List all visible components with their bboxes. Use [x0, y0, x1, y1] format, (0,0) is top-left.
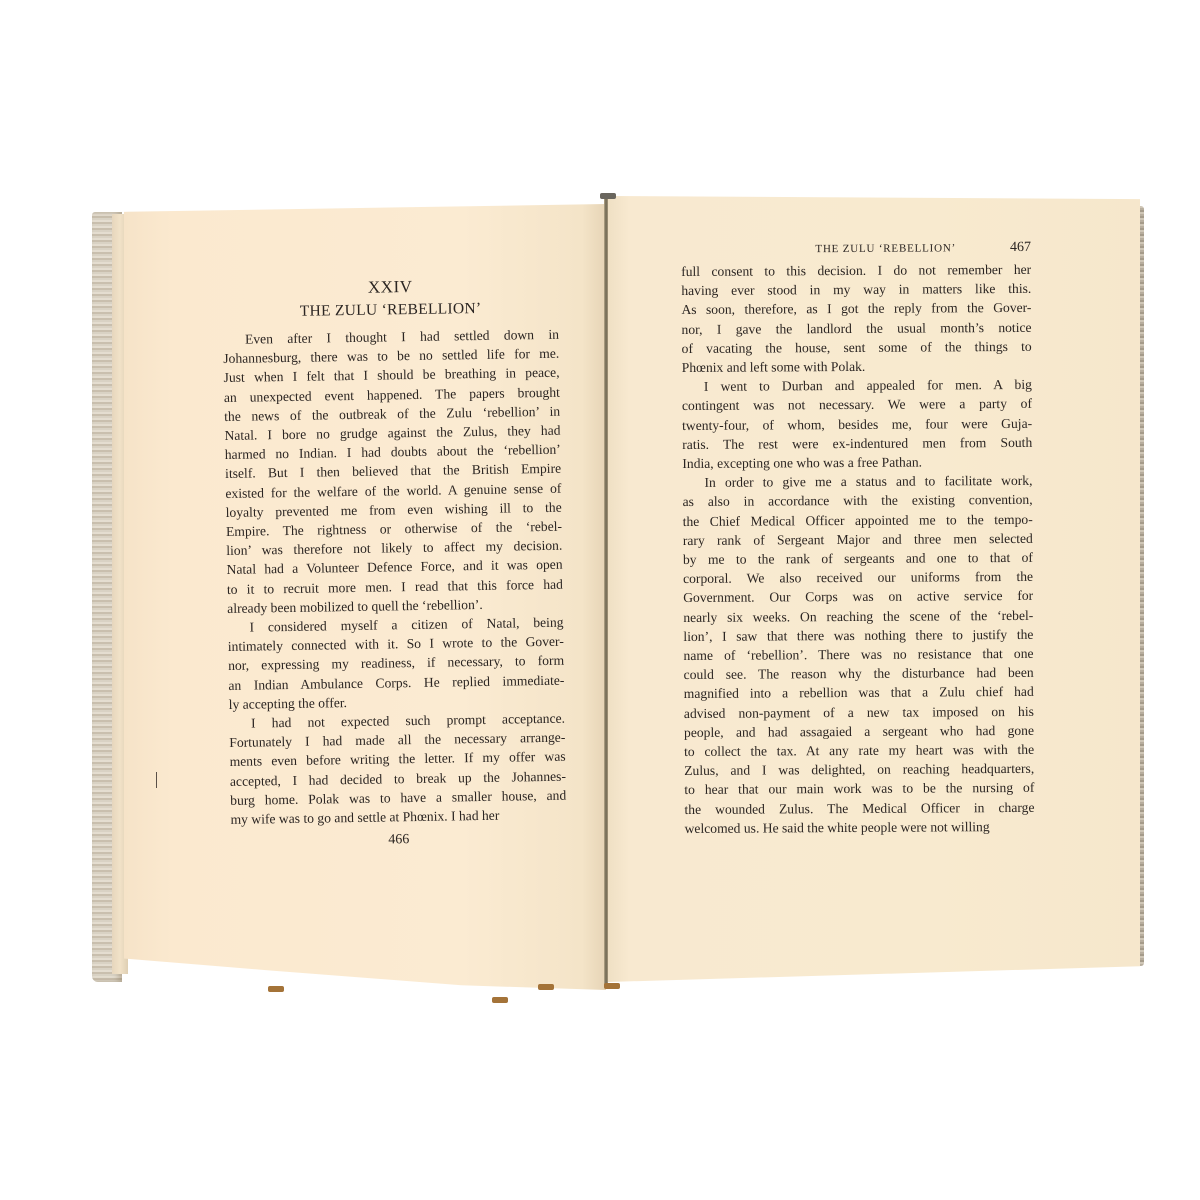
right-body: full consent to this decision. I do not …: [681, 260, 1035, 838]
text-line: As soon, therefore, as I got the reply f…: [681, 298, 1031, 319]
page-number-right: 467: [1010, 240, 1031, 256]
text-line: advised non-payment of a new tax imposed…: [684, 702, 1034, 723]
running-head: THE ZULU ‘REBELLION’ 467: [681, 240, 1031, 258]
text-line: rary rank of Sergeant Major and three me…: [683, 529, 1033, 550]
text-line: I went to Durban and appealed for men. A…: [682, 375, 1032, 396]
text-line: ratis. The rest were ex-indentured men f…: [682, 433, 1032, 454]
text-line: Phœnix and left some with Polak.: [682, 356, 1032, 377]
left-body: Even after I thought I had settled down …: [223, 325, 567, 829]
text-line: having ever stood in my way in matters l…: [681, 279, 1031, 300]
paragraph: I considered myself a citizen of Natal, …: [227, 613, 564, 714]
open-book: XXIV THE ZULU ‘REBELLION’ Even after I t…: [0, 0, 1200, 1200]
paragraph: I had not expected such prompt acceptanc…: [229, 709, 567, 829]
corner-tab: [538, 984, 554, 990]
text-line: could see. The reason why the disturbanc…: [684, 663, 1034, 684]
spine-headband: [600, 193, 616, 199]
text-line: as also in accordance with the existing …: [683, 490, 1033, 511]
left-page-text: XXIV THE ZULU ‘REBELLION’ Even after I t…: [222, 271, 567, 851]
text-line: In order to give me a status and to faci…: [682, 471, 1032, 492]
corner-tab: [268, 986, 284, 992]
corner-tab: [604, 983, 620, 989]
paragraph: I went to Durban and appealed for men. A…: [682, 375, 1033, 473]
chapter-number: XXIV: [222, 275, 558, 300]
text-line: by me to the rank of sergeants and one t…: [683, 548, 1033, 569]
book-gutter: [604, 196, 608, 986]
text-line: India, excepting one who was a free Path…: [682, 452, 1032, 473]
running-head-title: THE ZULU ‘REBELLION’: [815, 242, 956, 255]
text-line: to collect the tax. At any rate my heart…: [684, 740, 1034, 761]
text-line: twenty-four, of whom, besides me, four w…: [682, 413, 1032, 434]
text-line: welcomed us. He said the white people we…: [685, 817, 1035, 838]
right-page-text: THE ZULU ‘REBELLION’ 467 full consent to…: [681, 240, 1035, 838]
text-line: magnified into a rebellion was that a Zu…: [684, 682, 1034, 703]
text-line: Zulus, and I was delighted, on reaching …: [684, 759, 1034, 780]
text-line: Government. Our Corps was on active serv…: [683, 586, 1033, 607]
text-line: of vacating the house, sent some of the …: [682, 337, 1032, 358]
text-line: the wounded Zulus. The Medical Officer i…: [684, 798, 1034, 819]
text-line: contingent was not necessary. We were a …: [682, 394, 1032, 415]
text-line: to hear that our main work was to be the…: [684, 778, 1034, 799]
paragraph: Even after I thought I had settled down …: [223, 325, 563, 618]
text-line: nor, I gave the landlord the usual month…: [681, 317, 1031, 338]
text-line: corporal. We also received our uniforms …: [683, 567, 1033, 588]
text-line: the Chief Medical Officer appointed me t…: [683, 509, 1033, 530]
text-line: my wife was to go and settle at Phœnix. …: [230, 805, 566, 829]
chapter-title: THE ZULU ‘REBELLION’: [222, 299, 558, 322]
text-line: people, and had assagaied a sergeant who…: [684, 721, 1034, 742]
paragraph: full consent to this decision. I do not …: [681, 260, 1032, 377]
text-line: nearly six weeks. On reaching the scene …: [683, 606, 1033, 627]
pencil-mark: [156, 772, 157, 788]
text-line: full consent to this decision. I do not …: [681, 260, 1031, 281]
corner-tab: [492, 997, 508, 1003]
text-line: lion’, I saw that there was nothing ther…: [683, 625, 1033, 646]
text-line: name of ‘rebellion’. There was no resist…: [683, 644, 1033, 665]
paragraph: In order to give me a status and to faci…: [682, 471, 1034, 838]
